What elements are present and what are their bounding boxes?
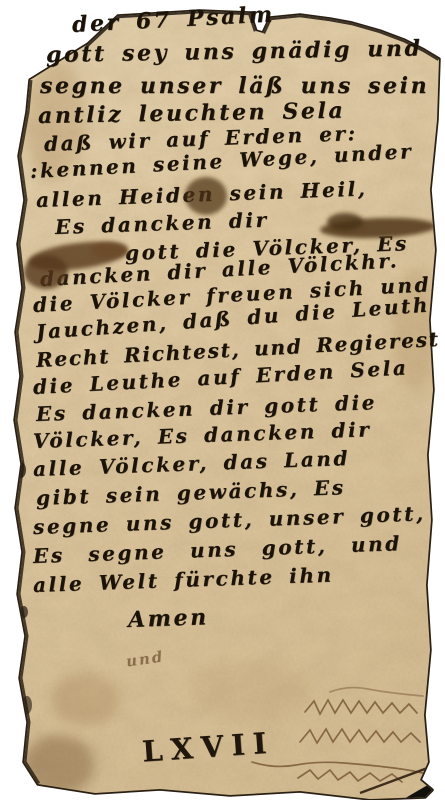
- text-line-3: segne unser läß uns sein: [40, 73, 429, 99]
- handwritten-text: der 67 Psalm gott sey uns gnädig und seg…: [0, 0, 445, 800]
- manuscript-scan: der 67 Psalm gott sey uns gnädig und seg…: [0, 0, 445, 800]
- psalm-number-numeral: LXVII: [141, 725, 276, 768]
- text-line-amen: Amen: [128, 604, 210, 633]
- text-line-1: der 67 Psalm: [71, 1, 275, 38]
- text-line-7: allen Heiden sein Heil,: [36, 176, 368, 212]
- text-line-8: Es dancken dir: [55, 208, 269, 239]
- text-line-21: alle Welt fürchte ihn: [33, 563, 334, 597]
- faint-pencil-note: und: [125, 647, 165, 670]
- text-line-2: gott sey uns gnädig und: [46, 35, 423, 68]
